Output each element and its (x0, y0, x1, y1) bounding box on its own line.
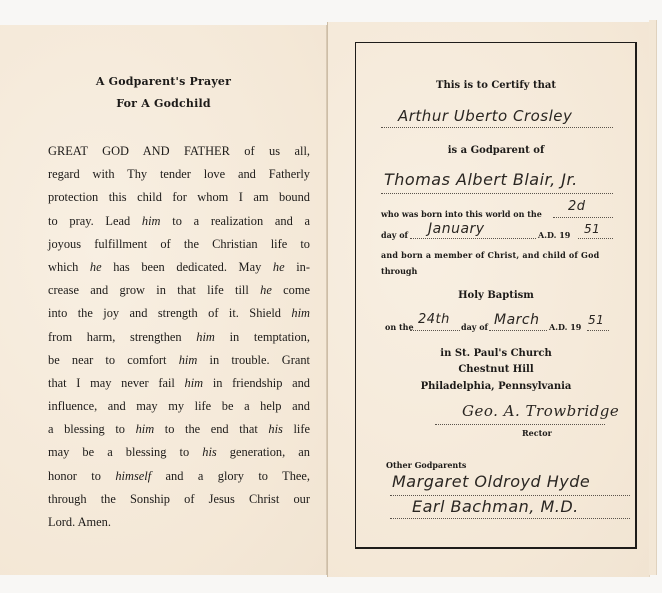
prayer-text: in- (285, 260, 310, 274)
prayer-line: influence, and may my life be a help and (48, 395, 310, 418)
baptism-day-line (410, 330, 460, 331)
ad-label: A.D. 19 (538, 230, 570, 240)
prayer-pronoun: he (273, 260, 285, 274)
born-day-line (553, 217, 613, 218)
day-of-label: day of (381, 230, 408, 240)
prayer-line: to pray. Lead him to a realization and a (48, 210, 310, 233)
prayer-text: and a glory to Thee, (151, 469, 310, 483)
day-of-label-2: day of (461, 322, 488, 332)
born-month: January (428, 221, 485, 237)
prayer-text: from harm, strengthen (48, 330, 196, 344)
prayer-line: GREAT GOD AND FATHER of us all, (48, 140, 310, 163)
godparent-name-line (381, 127, 613, 128)
prayer-text: be near to comfort (48, 353, 179, 367)
prayer-line: a blessing to him to the end that his li… (48, 418, 310, 441)
prayer-pronoun: him (291, 306, 310, 320)
prayer-text: regard with Thy tender love and Fatherly (48, 167, 310, 181)
prayer-pronoun: him (136, 422, 155, 436)
baptism-day: 24th (418, 312, 450, 327)
baptism-year: 51 (588, 313, 604, 327)
prayer-text: into the joy and strength of it. Shield (48, 306, 291, 320)
prayer-text: has been dedicated. May (102, 260, 273, 274)
prayer-pronoun: he (260, 283, 272, 297)
certificate-heading: This is to Certify that (355, 80, 637, 91)
prayer-text: to pray. Lead (48, 214, 142, 228)
prayer-text: to the end that (154, 422, 268, 436)
prayer-pronoun: his (268, 422, 282, 436)
other-godparent-2: Earl Bachman, M.D. (412, 497, 579, 516)
prayer-text: which (48, 260, 90, 274)
prayer-line: regard with Thy tender love and Fatherly (48, 163, 310, 186)
prayer-text: life (283, 422, 310, 436)
godchild-name-line (381, 193, 613, 194)
born-year: 51 (584, 222, 600, 236)
prayer-line: from harm, strengthen him in temptation, (48, 326, 310, 349)
prayer-text: in friendship and (203, 376, 310, 390)
prayer-text: GREAT GOD AND FATHER of us all, (48, 144, 310, 158)
prayer-text: in trouble. Grant (197, 353, 310, 367)
prayer-text: joyous fulfillment of the Christian life… (48, 237, 310, 251)
prayer-line: may be a blessing to his generation, an (48, 441, 310, 464)
prayer-line: which he has been dedicated. May he in- (48, 256, 310, 279)
prayer-pronoun: he (90, 260, 102, 274)
other-godparents-label: Other Godparents (386, 460, 466, 470)
prayer-text: honor to (48, 469, 115, 483)
prayer-text: through the Sonship of Jesus Christ our (48, 492, 310, 506)
prayer-body: GREAT GOD AND FATHER of us all,regard wi… (48, 140, 310, 534)
prayer-text: influence, and may my life be a help and (48, 399, 310, 413)
rector-signature-line (435, 424, 605, 425)
prayer-line: Lord. Amen. (48, 511, 310, 534)
prayer-line: joyous fulfillment of the Christian life… (48, 233, 310, 256)
prayer-pronoun: him (142, 214, 161, 228)
sacrament-heading: Holy Baptism (355, 290, 637, 301)
prayer-title: A Godparent's Prayer (0, 75, 327, 88)
member-of-christ-text: and born a member of Christ, and child o… (381, 250, 599, 260)
prayer-line: through the Sonship of Jesus Christ our (48, 488, 310, 511)
prayer-line: honor to himself and a glory to Thee, (48, 465, 310, 488)
city-state: Philadelphia, Pennsylvania (355, 381, 637, 392)
prayer-text: protection this child for whom I am boun… (48, 190, 310, 204)
prayer-text: in temptation, (215, 330, 310, 344)
other-godparent-2-line (390, 518, 630, 519)
is-godparent-of-label: is a Godparent of (355, 145, 637, 156)
rector-signature: Geo. A. Trowbridge (462, 402, 619, 420)
locality: Chestnut Hill (355, 364, 637, 375)
born-year-line (578, 238, 613, 239)
other-godparent-1-line (390, 495, 630, 496)
prayer-text: come (272, 283, 310, 297)
prayer-text: crease and grow in that life till (48, 283, 260, 297)
godparent-name: Arthur Uberto Crosley (398, 107, 572, 125)
prayer-text: may be a blessing to (48, 445, 202, 459)
prayer-text: generation, an (217, 445, 310, 459)
prayer-line: into the joy and strength of it. Shield … (48, 302, 310, 325)
prayer-pronoun: him (185, 376, 204, 390)
prayer-line: crease and grow in that life till he com… (48, 279, 310, 302)
prayer-line: protection this child for whom I am boun… (48, 186, 310, 209)
baptism-month: March (494, 312, 539, 328)
baptism-year-line (587, 330, 609, 331)
prayer-pronoun: him (179, 353, 198, 367)
born-day: 2d (568, 199, 586, 214)
ad-label-2: A.D. 19 (549, 322, 581, 332)
born-month-line (410, 238, 536, 239)
prayer-subtitle: For A Godchild (0, 97, 327, 110)
rector-label: Rector (522, 428, 552, 438)
prayer-line: be near to comfort him in trouble. Grant (48, 349, 310, 372)
prayer-text: to a realization and a (161, 214, 310, 228)
church-name: in St. Paul's Church (355, 348, 637, 359)
baptism-month-line (489, 330, 547, 331)
page-edge (649, 20, 657, 575)
prayer-text: a blessing to (48, 422, 136, 436)
prayer-pronoun: his (202, 445, 216, 459)
other-godparent-1: Margaret Oldroyd Hyde (392, 472, 590, 491)
prayer-line: that I may never fail him in friendship … (48, 372, 310, 395)
prayer-pronoun: himself (115, 469, 151, 483)
prayer-pronoun: him (196, 330, 215, 344)
born-label: who was born into this world on the (381, 209, 542, 219)
godchild-name: Thomas Albert Blair, Jr. (384, 170, 578, 189)
prayer-text: that I may never fail (48, 376, 185, 390)
through-text: through (381, 266, 417, 276)
prayer-text: Lord. Amen. (48, 515, 111, 529)
scanned-document: A Godparent's Prayer For A Godchild GREA… (0, 0, 662, 593)
